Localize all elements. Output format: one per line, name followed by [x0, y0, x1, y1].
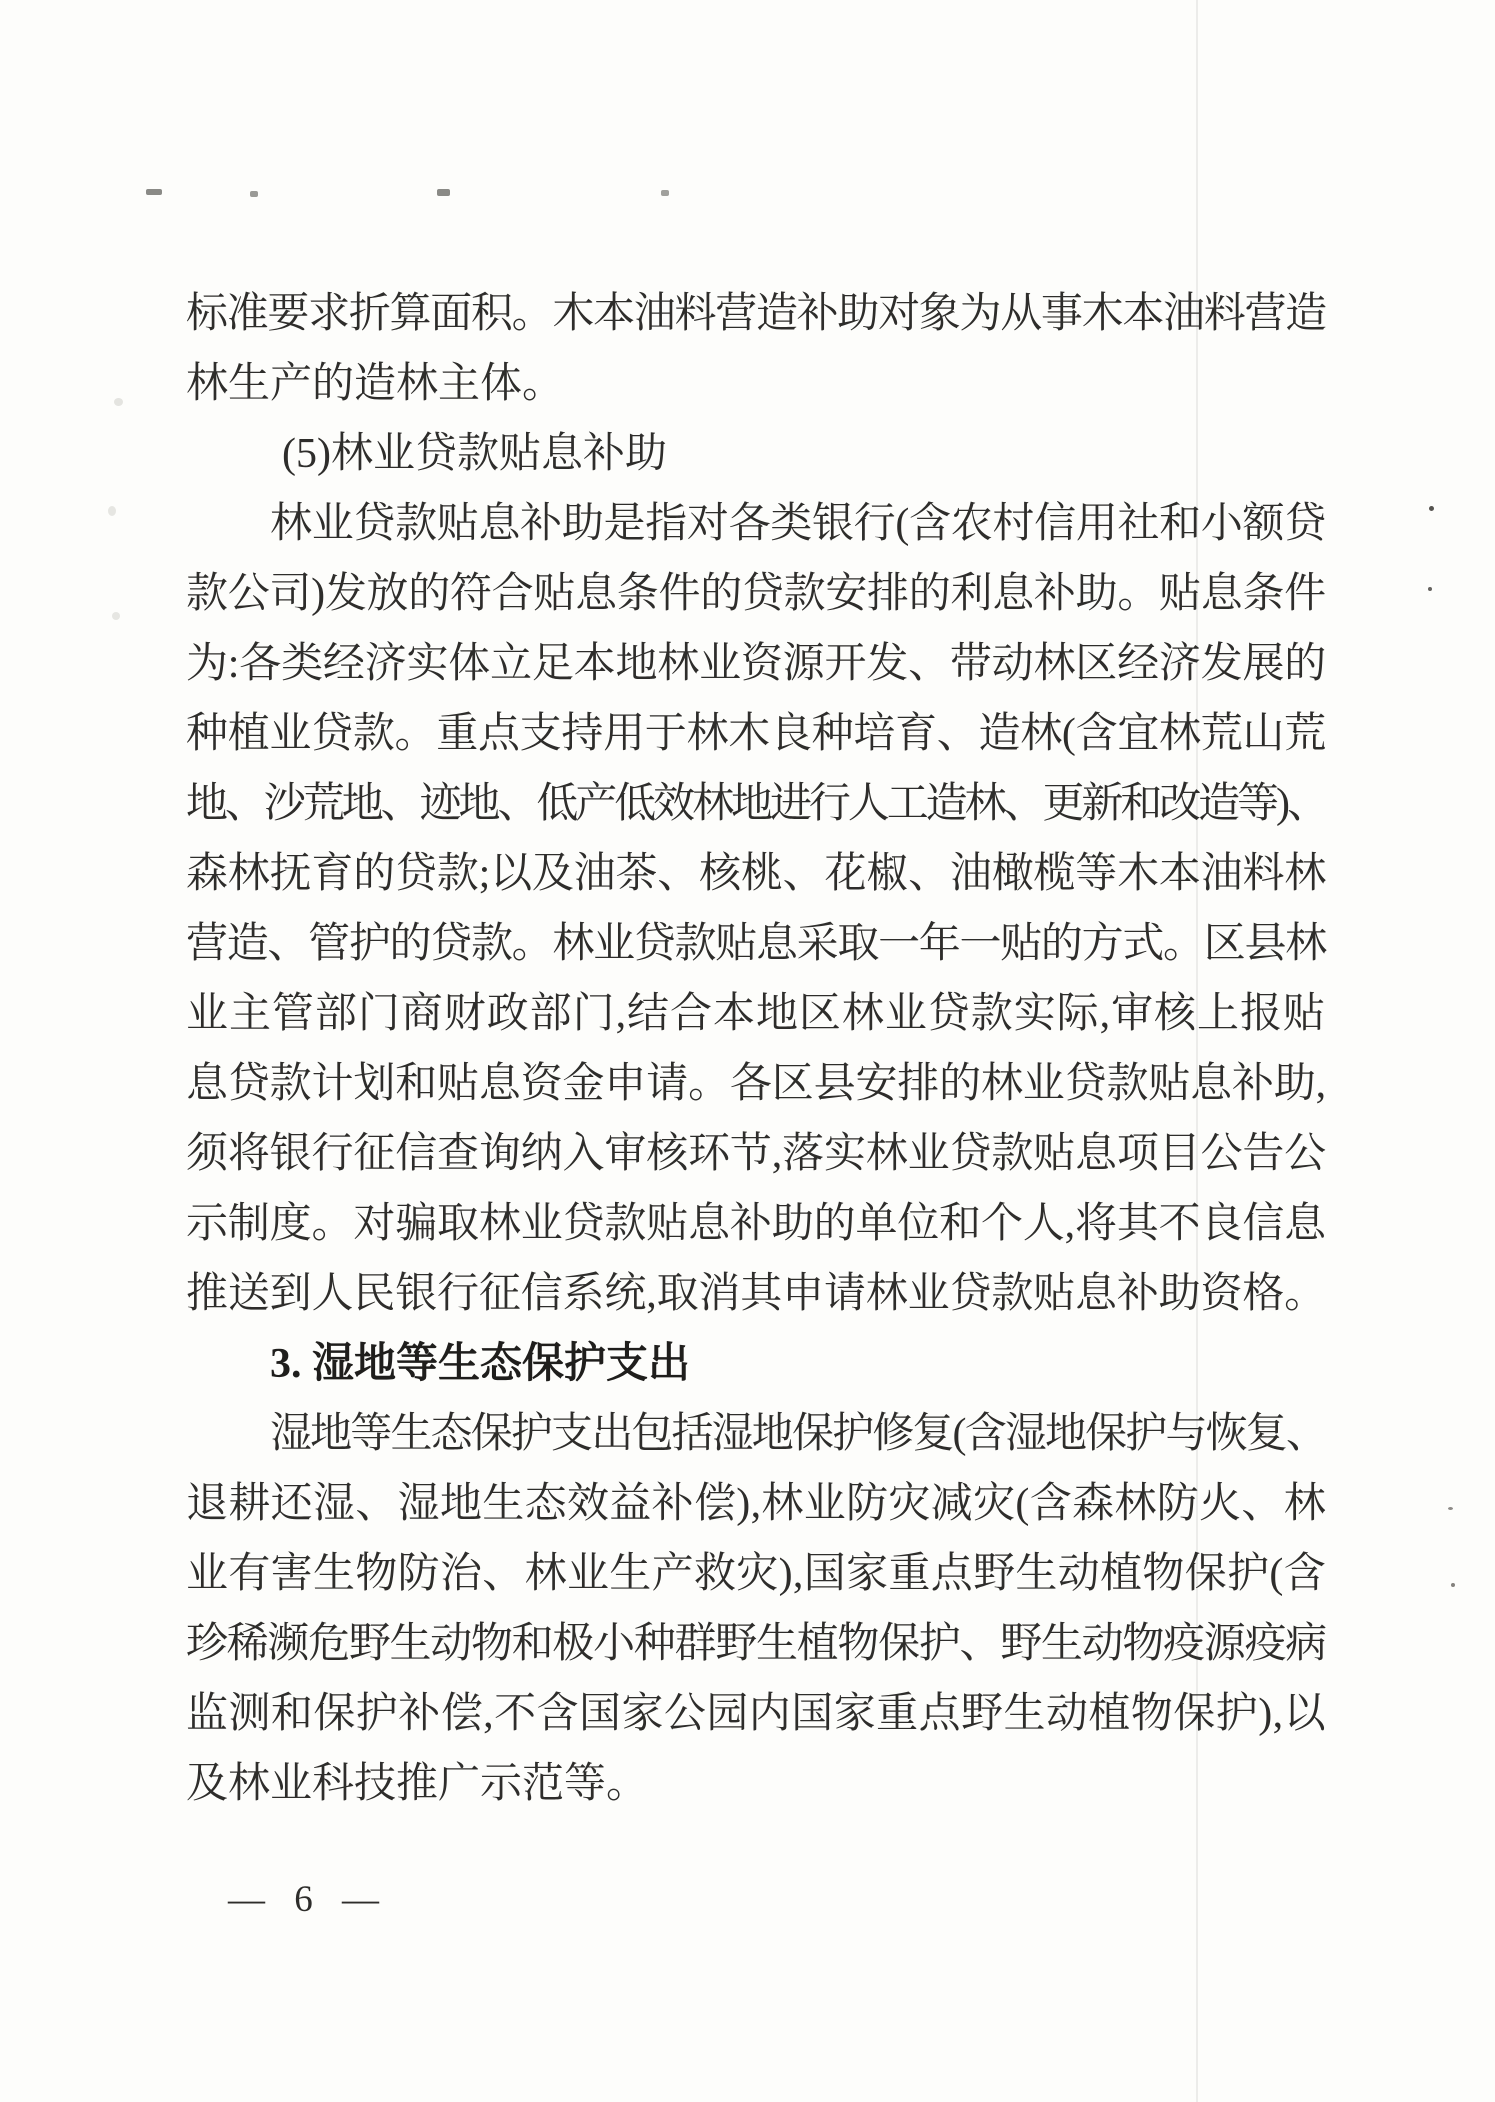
text-line: 珍稀濒危野生动物和极小种群野生植物保护、野生动物疫源疫病: [186, 1609, 1336, 1679]
scanned-document-page: 标准要求折算面积。木本油料营造补助对象为从事木本油料营造林生产的造林主体。(5)…: [0, 0, 1495, 2102]
scan-speck: [1448, 1507, 1453, 1510]
text-line: 营造、管护的贷款。林业贷款贴息采取一年一贴的方式。区县林: [186, 909, 1336, 979]
scan-speck: [112, 612, 120, 620]
text-line: 及林业科技推广示范等。: [186, 1749, 1336, 1819]
scan-speck: [108, 506, 116, 516]
text-line: 息贷款计划和贴息资金申请。各区县安排的林业贷款贴息补助,: [186, 1049, 1336, 1119]
scan-speck: [1429, 506, 1434, 511]
text-line: 森林抚育的贷款;以及油茶、核桃、花椒、油橄榄等木本油料林: [186, 839, 1336, 909]
text-line: 林生产的造林主体。: [186, 349, 1336, 419]
scan-speck: [437, 189, 450, 196]
text-line: 业主管部门商财政部门,结合本地区林业贷款实际,审核上报贴: [186, 979, 1336, 1049]
scan-speck: [661, 190, 669, 196]
text-line: 湿地等生态保护支出包括湿地保护修复(含湿地保护与恢复、: [186, 1399, 1336, 1469]
scan-speck: [1428, 587, 1432, 591]
text-line: 种植业贷款。重点支持用于林木良种培育、造林(含宜林荒山荒: [186, 699, 1336, 769]
text-line: 须将银行征信查询纳入审核环节,落实林业贷款贴息项目公告公: [186, 1119, 1336, 1189]
text-line: 款公司)发放的符合贴息条件的贷款安排的利息补助。贴息条件: [186, 559, 1336, 629]
heading-line: (5)林业贷款贴息补助: [186, 419, 1336, 489]
scan-speck: [250, 191, 258, 197]
text-line: 监测和保护补偿,不含国家公园内国家重点野生动植物保护),以: [186, 1679, 1336, 1749]
text-line: 标准要求折算面积。木本油料营造补助对象为从事木本油料营造: [186, 279, 1336, 349]
text-line: 林业贷款贴息补助是指对各类银行(含农村信用社和小额贷: [186, 489, 1336, 559]
scan-speck: [114, 398, 123, 406]
page-number: — 6 —: [228, 1878, 389, 1921]
heading-line: 3. 湿地等生态保护支出: [186, 1329, 1336, 1399]
text-line: 业有害生物防治、林业生产救灾),国家重点野生动植物保护(含: [186, 1539, 1336, 1609]
scan-speck: [1451, 1583, 1455, 1587]
text-line: 地、沙荒地、迹地、低产低效林地进行人工造林、更新和改造等)、: [186, 769, 1336, 839]
text-line: 为:各类经济实体立足本地林业资源开发、带动林区经济发展的: [186, 629, 1336, 699]
scan-speck: [146, 189, 162, 195]
text-line: 示制度。对骗取林业贷款贴息补助的单位和个人,将其不良信息: [186, 1189, 1336, 1259]
document-body: 标准要求折算面积。木本油料营造补助对象为从事木本油料营造林生产的造林主体。(5)…: [186, 279, 1336, 1819]
text-line: 推送到人民银行征信系统,取消其申请林业贷款贴息补助资格。: [186, 1259, 1336, 1329]
text-line: 退耕还湿、湿地生态效益补偿),林业防灾减灾(含森林防火、林: [186, 1469, 1336, 1539]
